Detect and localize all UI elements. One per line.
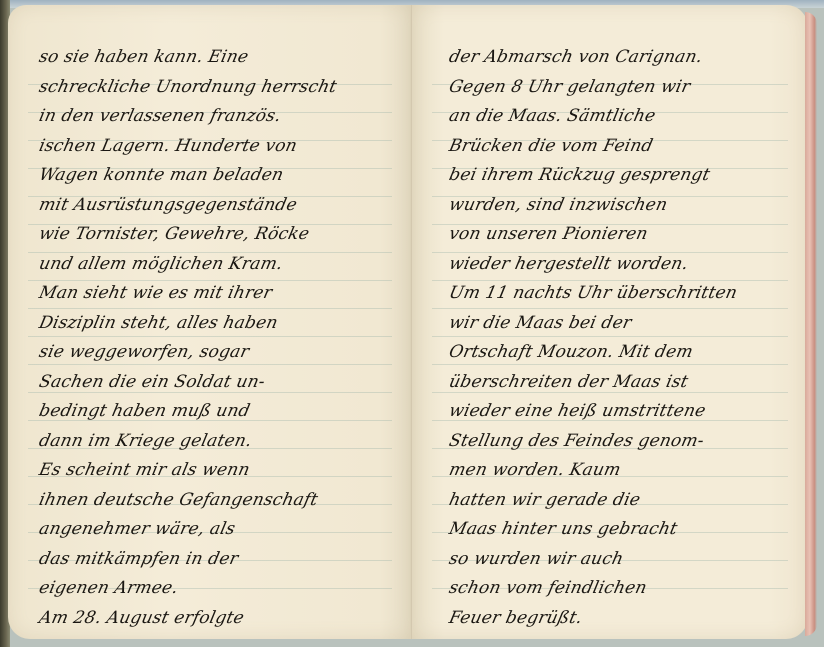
text-line: schon vom feindlichen [446, 574, 802, 604]
text-line: dann im Kriege gelaten. [36, 427, 412, 457]
text-line: Wagen konnte man beladen [36, 161, 412, 191]
text-line: wieder eine heiß umstrittene [446, 397, 802, 427]
text-line: hatten wir gerade die [446, 486, 802, 516]
text-line: das mitkämpfen in der [36, 545, 412, 575]
text-line: wurden, sind inzwischen [446, 191, 802, 221]
text-line: der Abmarsch von Carignan. [446, 43, 802, 73]
text-line: mit Ausrüstungsgegenstände [36, 191, 412, 221]
text-line: Sachen die ein Soldat un- [36, 368, 412, 398]
text-line: Feuer begrüßt. [446, 604, 802, 634]
text-line: eigenen Armee. [36, 574, 412, 604]
text-line: bedingt haben muß und [36, 397, 412, 427]
text-line: wie Tornister, Gewehre, Röcke [36, 220, 412, 250]
left-page: so sie haben kann. Eine schreckliche Uno… [8, 5, 412, 639]
left-page-text: so sie haben kann. Eine schreckliche Uno… [36, 43, 406, 633]
text-line: ihnen deutsche Gefangenschaft [36, 486, 412, 516]
text-line: angenehmer wäre, als [36, 515, 412, 545]
right-page: der Abmarsch von Carignan. Gegen 8 Uhr g… [412, 5, 808, 639]
text-line: Man sieht wie es mit ihrer [36, 279, 412, 309]
text-line: von unseren Pionieren [446, 220, 802, 250]
text-line: in den verlassenen französ. [36, 102, 412, 132]
text-line: Brücken die vom Feind [446, 132, 802, 162]
text-line: bei ihrem Rückzug gesprengt [446, 161, 802, 191]
page-edges-right [805, 12, 817, 636]
right-page-text: der Abmarsch von Carignan. Gegen 8 Uhr g… [446, 43, 796, 633]
text-line: ischen Lagern. Hunderte von [36, 132, 412, 162]
text-line: Um 11 nachts Uhr überschritten [446, 279, 802, 309]
text-line: Am 28. August erfolgte [36, 604, 412, 634]
text-line: überschreiten der Maas ist [446, 368, 802, 398]
text-line: Disziplin steht, alles haben [36, 309, 412, 339]
text-line: Gegen 8 Uhr gelangten wir [446, 73, 802, 103]
text-line: Ortschaft Mouzon. Mit dem [446, 338, 802, 368]
text-line: so wurden wir auch [446, 545, 802, 575]
text-line: so sie haben kann. Eine [36, 43, 412, 73]
text-line: Stellung des Feindes genom- [446, 427, 802, 457]
text-line: wieder hergestellt worden. [446, 250, 802, 280]
text-line: men worden. Kaum [446, 456, 802, 486]
text-line: an die Maas. Sämtliche [446, 102, 802, 132]
text-line: schreckliche Unordnung herrscht [36, 73, 412, 103]
text-line: und allem möglichen Kram. [36, 250, 412, 280]
text-line: sie weggeworfen, sogar [36, 338, 412, 368]
text-line: Maas hinter uns gebracht [446, 515, 802, 545]
text-line: wir die Maas bei der [446, 309, 802, 339]
text-line: Es scheint mir als wenn [36, 456, 412, 486]
